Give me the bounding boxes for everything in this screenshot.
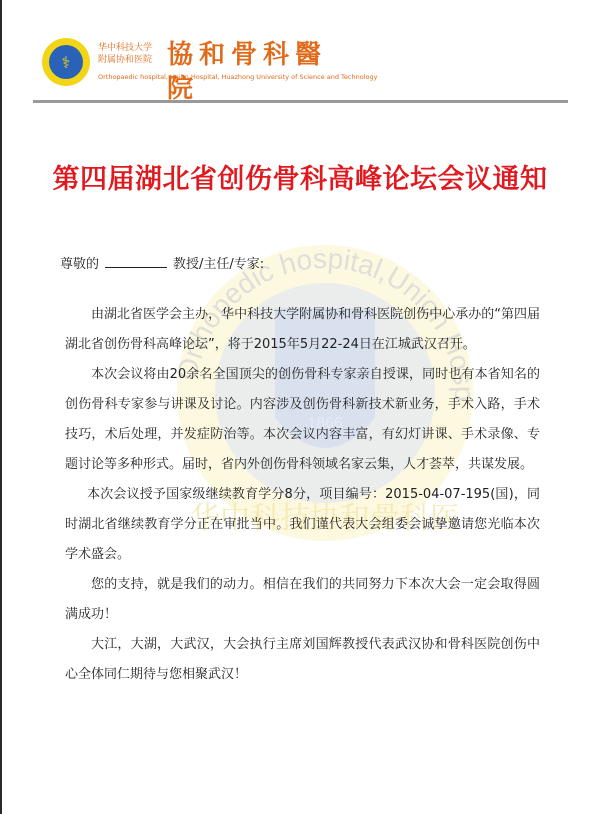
header-divider xyxy=(33,100,568,103)
letterhead: ⚕ 华中科技大学 附属协和医院 協和骨科醫院 Orthopaedic hospi… xyxy=(40,38,350,88)
salutation-suffix: 教授/主任/专家: xyxy=(173,257,264,272)
hospital-name: 協和骨科醫院 xyxy=(167,38,350,106)
salutation-prefix: 尊敬的 xyxy=(60,257,99,272)
caduceus-icon: ⚕ xyxy=(49,45,83,79)
letter-body: 由湖北省医学会主办，华中科技大学附属协和骨科医院创伤中心承办的“第四届湖北省创伤… xyxy=(65,300,540,690)
paragraph-credits: 本次会议授予国家级继续教育学分8分，项目编号：2015-04-07-195(国)… xyxy=(65,480,540,570)
paragraph-support: 您的支持，就是我们的动力。相信在我们的共同努力下本次大会一定会取得圆满成功！ xyxy=(65,570,540,630)
hospital-english-name: Orthopaedic hospital, Union Hospital, Hu… xyxy=(98,73,377,81)
page-edge xyxy=(0,0,2,814)
hospital-seal-icon: ⚕ xyxy=(42,38,90,86)
paragraph-intro: 由湖北省医学会主办，华中科技大学附属协和骨科医院创伤中心承办的“第四届湖北省创伤… xyxy=(65,300,540,360)
org-affiliation: 华中科技大学 附属协和医院 xyxy=(98,42,152,66)
org-line-2: 附属协和医院 xyxy=(98,54,152,66)
org-line-1: 华中科技大学 xyxy=(98,42,152,54)
paragraph-speakers: 本次会议将由20余名全国顶尖的创伤骨科专家亲自授课，同时也有本省知名的创伤骨科专… xyxy=(65,360,540,480)
recipient-blank xyxy=(105,257,167,268)
paragraph-closing: 大江，大湖，大武汉，大会执行主席刘国辉教授代表武汉协和骨科医院创伤中心全体同仁期… xyxy=(65,630,540,690)
salutation: 尊敬的教授/主任/专家: xyxy=(60,253,264,272)
page-title: 第四届湖北省创伤骨科高峰论坛会议通知 xyxy=(0,157,600,196)
